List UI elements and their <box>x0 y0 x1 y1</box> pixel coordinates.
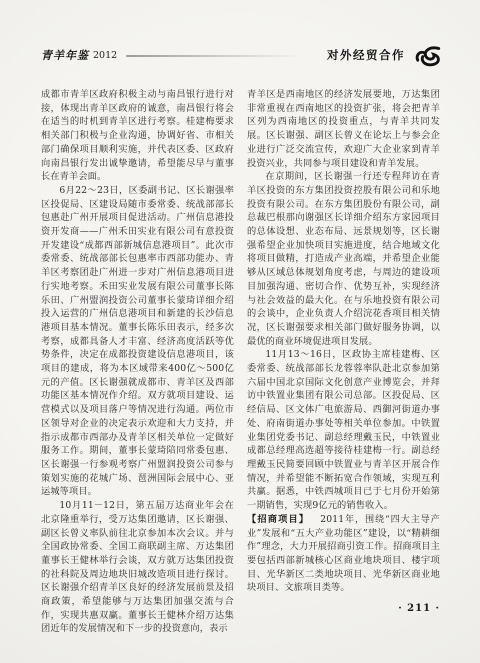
paragraph: 11月13～16日，区政协主席桂建梅、区委常委、统战部部长龙蓉蓉率队赴北京参加第… <box>247 348 440 512</box>
yearbook-title: 青羊年鉴 <box>41 47 89 63</box>
yearbook-page: { "header": { "yearbook_title": "青羊年鉴", … <box>0 0 480 663</box>
paragraph: 6月22～23日，区委副书记、区长谢强率区投促局、区建设局随市委常委、统战部部长… <box>41 184 234 499</box>
paragraph: 在京期间，区长谢强一行还专程拜访在青羊区投资的东方集团投资控股有限公司和乐地投资… <box>247 170 440 348</box>
page-number: · 211 · <box>247 602 440 616</box>
investment-projects-entry: 【招商项目】2011年，围绕“四大主导产业”发展和“五大产业功能区”建设，以“精… <box>247 513 440 595</box>
yearbook-year: 2012 <box>93 50 117 61</box>
right-text-column: 青羊区是西南地区的经济发展要地，万达集团非常重视在西南地区的投资扩张，将会把青羊… <box>247 88 440 616</box>
section-title: 对外经贸合作 <box>327 47 405 63</box>
paragraph-continuation: 青羊区是西南地区的经济发展要地，万达集团非常重视在西南地区的投资扩张，将会把青羊… <box>247 88 440 170</box>
header-divider-rule <box>126 55 303 57</box>
calligraphic-swirl-icon <box>414 44 442 67</box>
left-text-column: 成都市青羊区政府积极主动与南昌银行进行对接，体现出青羊区政府的诚意，南昌银行将会… <box>41 88 234 636</box>
paragraph-continuation: 成都市青羊区政府积极主动与南昌银行进行对接，体现出青羊区政府的诚意，南昌银行将会… <box>41 88 234 184</box>
paragraph: 10月11－12日，第五届万达商业年会在北京隆重举行，受万达集团邀请，区长谢强、… <box>41 499 234 636</box>
entry-text: 2011年，围绕“四大主导产业”发展和“五大产业功能区”建设，以“精耕细作”理念… <box>247 514 440 594</box>
entry-label: 【招商项目】 <box>247 514 309 525</box>
page-header: 青羊年鉴 2012 对外经贸合作 <box>41 46 442 64</box>
